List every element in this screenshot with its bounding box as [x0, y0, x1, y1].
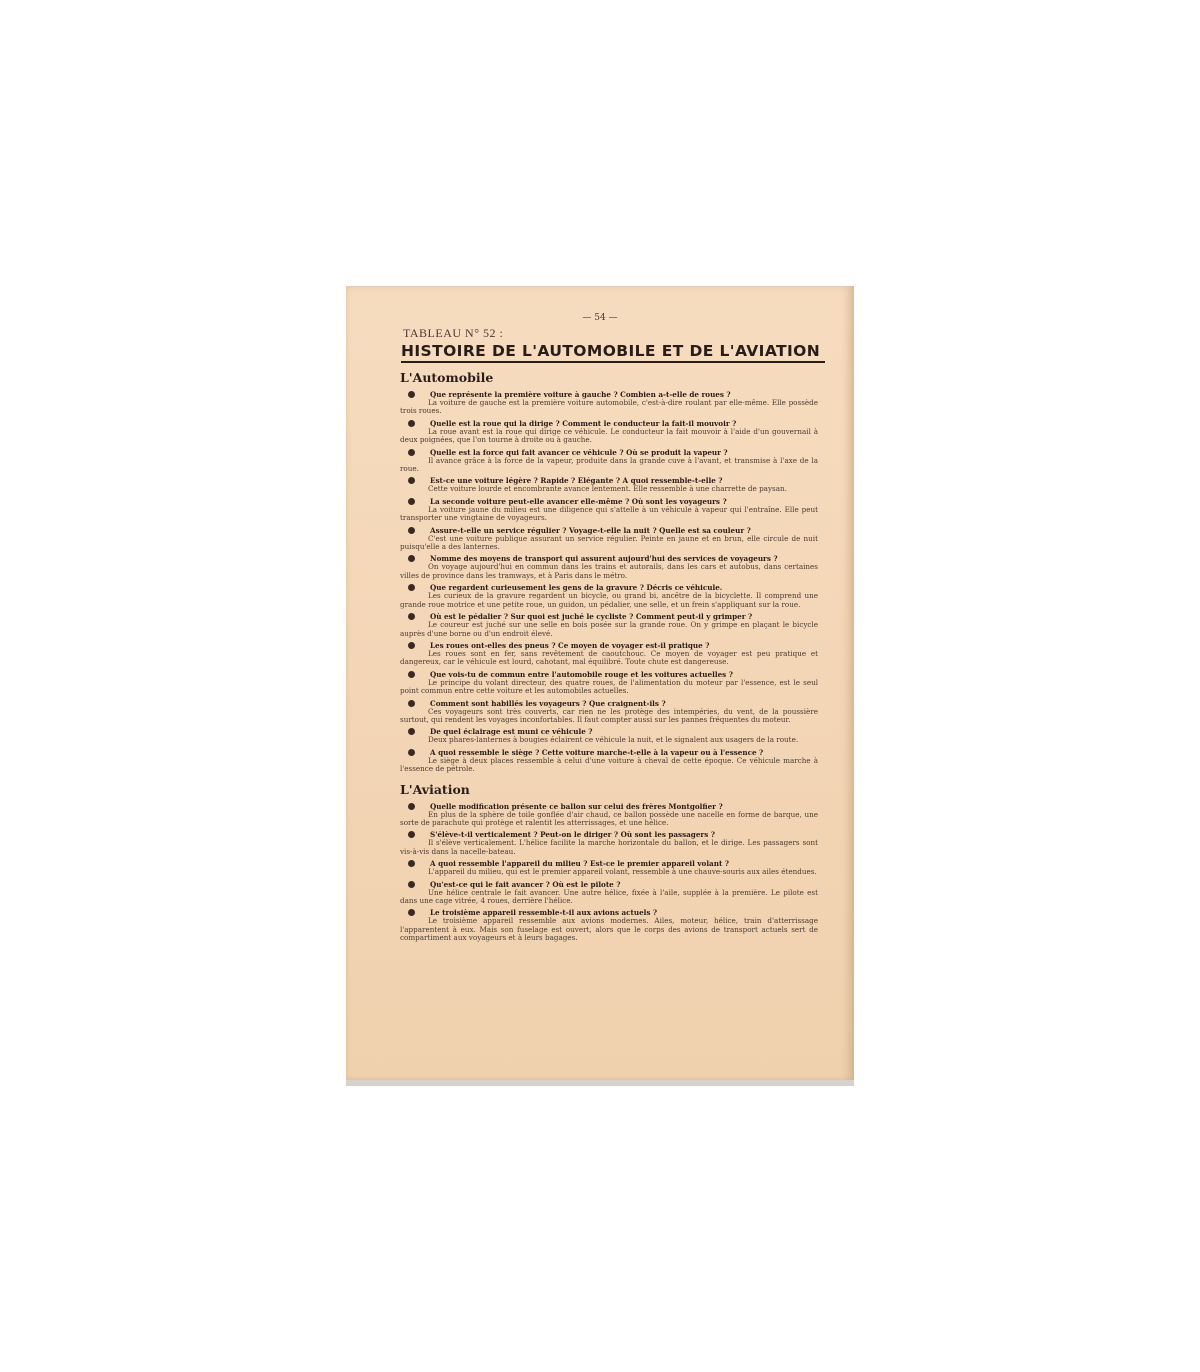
question-answer-item: La seconde voiture peut-elle avancer ell…	[400, 497, 818, 523]
question: Quelle est la force qui fait avancer ce …	[400, 448, 818, 457]
bullet-icon	[408, 613, 415, 620]
answer-text: Ces voyageurs sont très couverts, car ri…	[400, 708, 818, 725]
page-edge-shadow	[346, 1080, 854, 1086]
question: Nomme des moyens de transport qui assure…	[400, 554, 818, 563]
bullet-icon	[408, 477, 415, 484]
bullet-icon	[408, 498, 415, 505]
answer-text: C'est une voiture publique assurant un s…	[400, 535, 818, 552]
question-answer-item: Assure-t-elle un service régulier ? Voya…	[400, 526, 818, 552]
question-answer-item: Est-ce une voiture légère ? Rapide ? Elé…	[400, 476, 818, 493]
question: Quelle modification présente ce ballon s…	[400, 802, 818, 811]
section-title: L'Automobile	[400, 370, 818, 385]
question-answer-item: Qu'est-ce qui le fait avancer ? Où est l…	[400, 880, 818, 906]
question-answer-item: Nomme des moyens de transport qui assure…	[400, 554, 818, 580]
question-answer-item: Où est le pédalier ? Sur quoi est juché …	[400, 612, 818, 638]
question-text: Où est le pédalier ? Sur quoi est juché …	[422, 612, 818, 621]
question-text: Nomme des moyens de transport qui assure…	[422, 554, 818, 563]
bullet-icon	[408, 527, 415, 534]
section-title: L'Aviation	[400, 782, 818, 797]
question-answer-item: Quelle modification présente ce ballon s…	[400, 802, 818, 828]
question-answer-item: S'élève-t-il verticalement ? Peut-on le …	[400, 830, 818, 856]
answer-text: Le coureur est juché sur une selle en bo…	[400, 621, 818, 638]
question-answer-item: Le troisième appareil ressemble-t-il aux…	[400, 908, 818, 942]
question: Qu'est-ce qui le fait avancer ? Où est l…	[400, 880, 818, 889]
question-text: Qu'est-ce qui le fait avancer ? Où est l…	[422, 880, 818, 889]
question-answer-item: Que regardent curieusement les gens de l…	[400, 583, 818, 609]
bullet-icon	[408, 860, 415, 867]
answer-text: Le principe du volant directeur, des qua…	[400, 679, 818, 696]
question: Que regardent curieusement les gens de l…	[400, 583, 818, 592]
bullet-icon	[408, 728, 415, 735]
bullet-icon	[408, 749, 415, 756]
question-text: A quoi ressemble le siège ? Cette voitur…	[422, 748, 818, 757]
answer-text: L'appareil du milieu, qui est le premier…	[400, 868, 818, 876]
document-page: — 54 — TABLEAU N° 52 : HISTOIRE DE L'AUT…	[346, 286, 854, 1084]
answer-text: Une hélice centrale le fait avancer. Une…	[400, 889, 818, 906]
bullet-icon	[408, 642, 415, 649]
question: Que vois-tu de commun entre l'automobile…	[400, 670, 818, 679]
question-text: Que regardent curieusement les gens de l…	[422, 583, 818, 592]
bullet-icon	[408, 391, 415, 398]
bullet-icon	[408, 671, 415, 678]
tableau-label: TABLEAU N° 52 :	[403, 326, 503, 341]
answer-text: Il s'élève verticalement. L'hélice facil…	[400, 839, 818, 856]
bullet-icon	[408, 584, 415, 591]
bullet-icon	[408, 555, 415, 562]
answer-text: Il avance grâce à la force de la vapeur,…	[400, 457, 818, 474]
question-answer-item: Que vois-tu de commun entre l'automobile…	[400, 670, 818, 696]
answer-text: On voyage aujourd'hui en commun dans les…	[400, 563, 818, 580]
question: Les roues ont-elles des pneus ? Ce moyen…	[400, 641, 818, 650]
question-text: Que représente la première voiture à gau…	[422, 390, 818, 399]
question-answer-item: De quel éclairage est muni ce véhicule ?…	[400, 727, 818, 744]
question-text: La seconde voiture peut-elle avancer ell…	[422, 497, 818, 506]
answer-text: Les roues sont en fer, sans revêtement d…	[400, 650, 818, 667]
answer-text: En plus de la sphère de toile gonflée d'…	[400, 811, 818, 828]
bullet-icon	[408, 881, 415, 888]
question-answer-item: A quoi ressemble l'appareil du milieu ? …	[400, 859, 818, 876]
question-text: A quoi ressemble l'appareil du milieu ? …	[422, 859, 818, 868]
bullet-icon	[408, 420, 415, 427]
page-number: — 54 —	[346, 313, 854, 323]
question: A quoi ressemble l'appareil du milieu ? …	[400, 859, 818, 868]
question: Assure-t-elle un service régulier ? Voya…	[400, 526, 818, 535]
question: De quel éclairage est muni ce véhicule ?	[400, 727, 818, 736]
bullet-icon	[408, 449, 415, 456]
question-text: Comment sont habillés les voyageurs ? Qu…	[422, 699, 818, 708]
question: Que représente la première voiture à gau…	[400, 390, 818, 399]
question-answer-item: A quoi ressemble le siège ? Cette voitur…	[400, 748, 818, 774]
answer-text: Le siège à deux places ressemble à celui…	[400, 757, 818, 774]
question-text: S'élève-t-il verticalement ? Peut-on le …	[422, 830, 818, 839]
question: Comment sont habillés les voyageurs ? Qu…	[400, 699, 818, 708]
bullet-icon	[408, 831, 415, 838]
question-answer-item: Quelle est la force qui fait avancer ce …	[400, 448, 818, 474]
question-answer-item: Comment sont habillés les voyageurs ? Qu…	[400, 699, 818, 725]
question: A quoi ressemble le siège ? Cette voitur…	[400, 748, 818, 757]
answer-text: La voiture de gauche est la première voi…	[400, 399, 818, 416]
question: S'élève-t-il verticalement ? Peut-on le …	[400, 830, 818, 839]
question-text: De quel éclairage est muni ce véhicule ?	[422, 727, 818, 736]
answer-text: Le troisième appareil ressemble aux avio…	[400, 917, 818, 942]
question: Où est le pédalier ? Sur quoi est juché …	[400, 612, 818, 621]
question: Quelle est la roue qui la dirige ? Comme…	[400, 419, 818, 428]
page-title: HISTOIRE DE L'AUTOMOBILE ET DE L'AVIATIO…	[401, 342, 825, 363]
answer-text: Cette voiture lourde et encombrante avan…	[400, 485, 818, 493]
question: Est-ce une voiture légère ? Rapide ? Elé…	[400, 476, 818, 485]
document-content: L'AutomobileQue représente la première v…	[400, 370, 818, 946]
bullet-icon	[408, 909, 415, 916]
question: Le troisième appareil ressemble-t-il aux…	[400, 908, 818, 917]
question-text: Que vois-tu de commun entre l'automobile…	[422, 670, 818, 679]
answer-text: Les curieux de la gravure regardent un b…	[400, 592, 818, 609]
bullet-icon	[408, 803, 415, 810]
bullet-icon	[408, 700, 415, 707]
question-text: Quelle est la roue qui la dirige ? Comme…	[422, 419, 818, 428]
question-text: Les roues ont-elles des pneus ? Ce moyen…	[422, 641, 818, 650]
question-text: Le troisième appareil ressemble-t-il aux…	[422, 908, 818, 917]
question-text: Quelle modification présente ce ballon s…	[422, 802, 818, 811]
question: La seconde voiture peut-elle avancer ell…	[400, 497, 818, 506]
answer-text: La voiture jaune du milieu est une dilig…	[400, 506, 818, 523]
answer-text: La roue avant est la roue qui dirige ce …	[400, 428, 818, 445]
answer-text: Deux phares-lanternes à bougies éclairen…	[400, 736, 818, 744]
question-text: Quelle est la force qui fait avancer ce …	[422, 448, 818, 457]
question-answer-item: Que représente la première voiture à gau…	[400, 390, 818, 416]
question-answer-item: Les roues ont-elles des pneus ? Ce moyen…	[400, 641, 818, 667]
question-text: Assure-t-elle un service régulier ? Voya…	[422, 526, 818, 535]
question-text: Est-ce une voiture légère ? Rapide ? Elé…	[422, 476, 818, 485]
question-answer-item: Quelle est la roue qui la dirige ? Comme…	[400, 419, 818, 445]
